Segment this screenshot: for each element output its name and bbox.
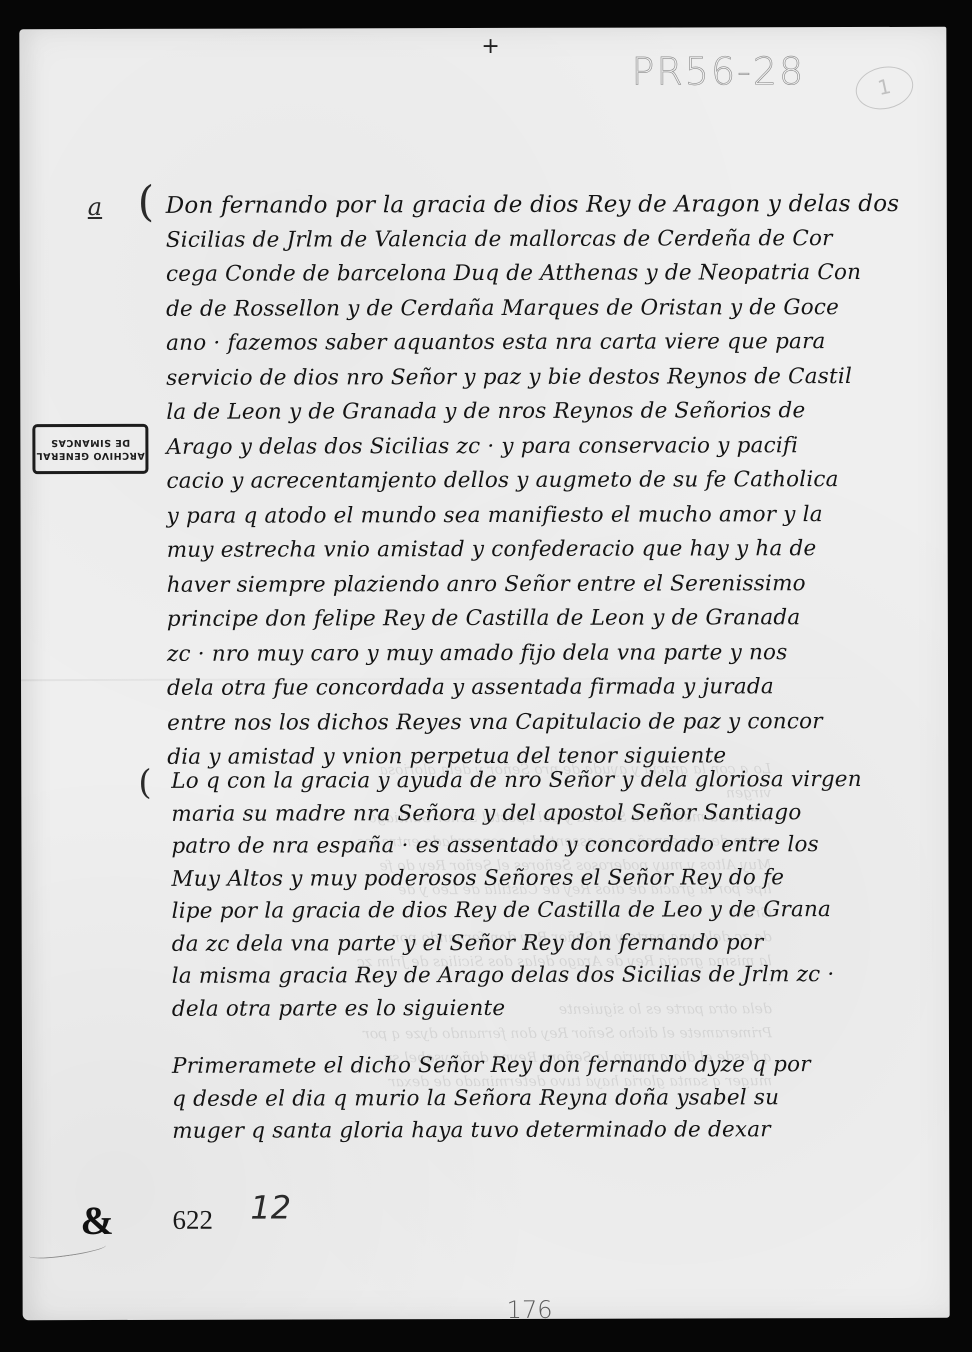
archive-stamp-line1: ARCHIVO GENERAL (35, 449, 145, 462)
text-line: la de Leon y de Granada y de nros Reynos… (166, 394, 866, 430)
pencil-folio-number: 12 (250, 1189, 291, 1227)
margin-letter-a: a (88, 193, 102, 221)
top-cross-mark: + (481, 34, 500, 59)
paragraph-preamble: Don fernando por la gracia de dios Rey d… (166, 187, 868, 775)
text-line: ano · fazemos saber aquantos esta nra ca… (166, 325, 866, 361)
text-line: zc · nro muy caro y muy amado fijo dela … (167, 635, 867, 671)
circled-foliation-number: 1 (852, 61, 918, 114)
text-line: entre nos los dichos Reyes vna Capitulac… (167, 704, 867, 740)
text-line: Arago y delas dos Sicilias zc · y para c… (166, 428, 866, 464)
archive-stamp: ARCHIVO GENERAL DE SIMANCAS (32, 424, 148, 474)
paragraph-agreement-intro: Lo q con la gracia y ayuda de nro Señor … (171, 764, 872, 1026)
text-line: servicio de dios nro Señor y paz y bie d… (166, 359, 866, 395)
text-line: Sicilias de Jrlm de Valencia de mallorca… (166, 222, 866, 258)
text-line: cega Conde de barcelona Duq de Atthenas … (166, 256, 866, 292)
text-line: de de Rossellon y de Cerdaña Marques de … (166, 290, 866, 326)
text-line: dela otra fue concordada y assentada fir… (167, 670, 867, 706)
text-line: da zc dela vna parte y el Señor Rey don … (172, 926, 872, 960)
paragraph-mark-1: ( (138, 177, 155, 226)
text-line: maria su madre nra Señora y del apostol … (171, 796, 871, 830)
text-line: muy estrecha vnio amistad y confederacio… (167, 532, 867, 568)
archive-stamp-line2: DE SIMANCAS (35, 436, 145, 449)
manuscript-page: Lo q con la gracia y ayuda de nro Señor … (19, 27, 949, 1320)
text-line: Muy Altos y muy poderosos Señores el Señ… (171, 861, 871, 895)
text-line: Lo q con la gracia y ayuda de nro Señor … (171, 764, 871, 798)
paragraph-first-clause: Primeramete el dicho Señor Rey don ferna… (172, 1049, 872, 1148)
bottom-page-number: 176 (507, 1296, 553, 1324)
corner-crease (28, 1240, 107, 1262)
text-line: Primeramete el dicho Señor Rey don ferna… (172, 1049, 872, 1083)
text-line: q desde el dia q murio la Señora Reyna d… (172, 1081, 872, 1115)
archive-ampersand-mark: & (80, 1197, 113, 1244)
text-line: dela otra parte es lo siguiente (172, 991, 872, 1025)
text-line: lipe por la gracia de dios Rey de Castil… (172, 894, 872, 928)
text-line: Don fernando por la gracia de dios Rey d… (166, 187, 866, 223)
shelfmark-label: PR56-28 (631, 49, 805, 93)
text-line: haver siempre plaziendo anro Señor entre… (167, 566, 867, 602)
text-line: la misma gracia Rey de Arago delas dos S… (172, 959, 872, 993)
text-line: principe don felipe Rey de Castilla de L… (167, 601, 867, 637)
text-line: muger q santa gloria haya tuvo determina… (172, 1114, 872, 1148)
text-line: y para q atodo el mundo sea manifiesto e… (167, 497, 867, 533)
text-line: cacio y acrecentamjento dellos y augmeto… (166, 463, 866, 499)
archive-number: 622 (172, 1205, 213, 1236)
text-line: patro de nra españa · es assentado y con… (171, 829, 871, 863)
paragraph-mark-2: ( (138, 763, 151, 803)
